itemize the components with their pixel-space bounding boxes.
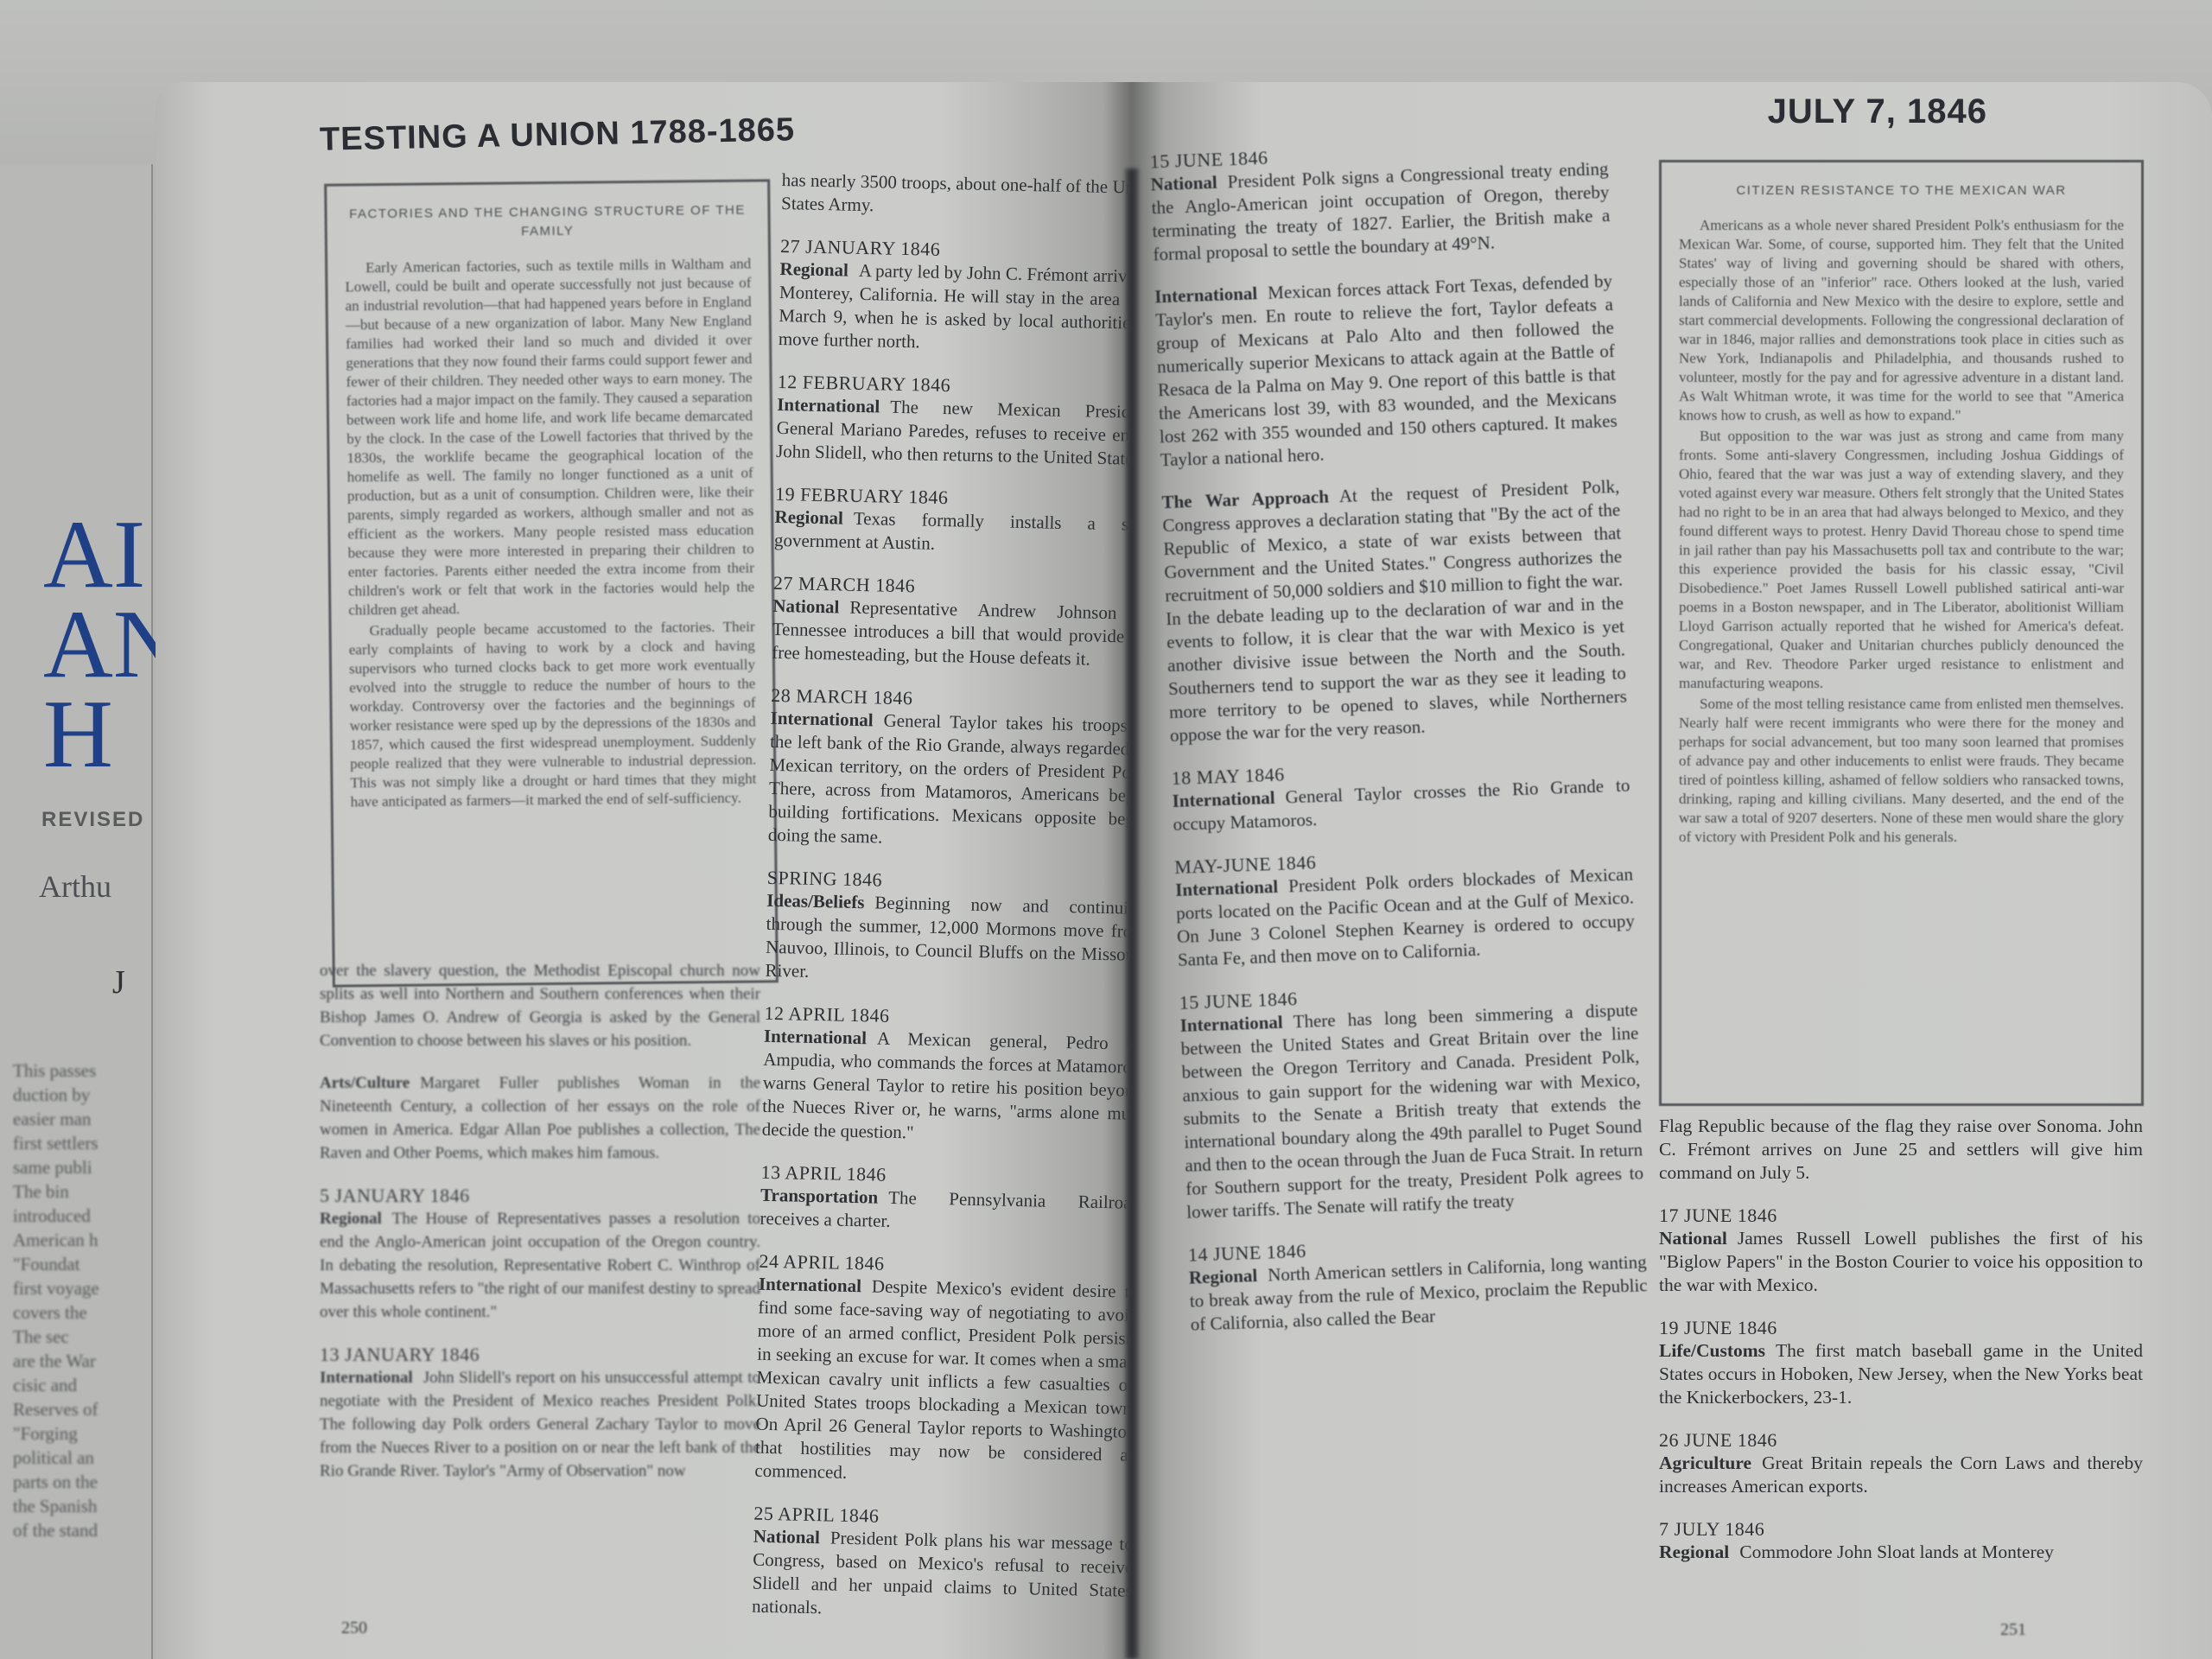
excerpt-line: American h bbox=[13, 1228, 138, 1252]
chronology-entry: SPRING 1846Ideas/BeliefsBeginning now an… bbox=[765, 866, 1132, 990]
running-head-left: TESTING A UNION 1788-1865 bbox=[320, 111, 796, 159]
excerpt-line: duction by bbox=[13, 1083, 138, 1107]
entry-text: over the slavery question, the Methodist… bbox=[320, 962, 760, 1050]
chronology-entry: InternationalMexican forces attack Fort … bbox=[1154, 270, 1618, 472]
entry-category: Arts/Culture bbox=[320, 1074, 410, 1092]
excerpt-line: political an bbox=[13, 1446, 138, 1470]
chronology-entry: 19 JUNE 1846Life/CustomsThe first match … bbox=[1659, 1316, 2143, 1409]
running-head-right: JULY 7, 1846 bbox=[1768, 92, 1987, 131]
entry-date: 26 JUNE 1846 bbox=[1659, 1428, 2143, 1452]
chronology-entry: 17 JUNE 1846NationalJames Russell Lowell… bbox=[1659, 1204, 2143, 1297]
excerpt-line: introduced bbox=[13, 1204, 138, 1228]
entry-category: Regional bbox=[320, 1210, 382, 1228]
entry-text: Despite Mexico's evident desire to find … bbox=[754, 1275, 1132, 1482]
excerpt-line: the Spanish bbox=[13, 1494, 138, 1518]
entry-category: National bbox=[1150, 172, 1217, 195]
entry-category: International bbox=[1172, 787, 1275, 811]
sidebar-box-resistance: CITIZEN RESISTANCE TO THE MEXICAN WAR Am… bbox=[1659, 160, 2144, 1106]
excerpt-line: This passes bbox=[13, 1058, 138, 1083]
entry-category: Transportation bbox=[760, 1185, 879, 1208]
excerpt-line: same publi bbox=[13, 1155, 138, 1179]
entry-body: InternationalDespite Mexico's evident de… bbox=[754, 1273, 1132, 1491]
right-page: JULY 7, 1846 15 JUNE 1846NationalPreside… bbox=[1132, 82, 2212, 1659]
excerpt-line: The bin bbox=[13, 1179, 138, 1204]
entry-body: InternationalA Mexican general, Pedro de… bbox=[761, 1025, 1132, 1149]
entry-category: Regional bbox=[774, 506, 843, 529]
entry-date: 19 JUNE 1846 bbox=[1659, 1316, 2143, 1339]
entry-category: International bbox=[1154, 283, 1258, 307]
entry-body: NationalJames Russell Lowell publishes t… bbox=[1659, 1227, 2143, 1297]
excerpt-line: Reserves of bbox=[13, 1397, 138, 1421]
entry-category: Ideas/Beliefs bbox=[766, 890, 865, 912]
entry-text: Commodore John Sloat lands at Monterey bbox=[1739, 1541, 2054, 1562]
entry-text: Flag Republic because of the flag they r… bbox=[1659, 1116, 2143, 1183]
background-book-initial: J bbox=[112, 963, 125, 1001]
entry-body: RegionalCommodore John Sloat lands at Mo… bbox=[1659, 1541, 2143, 1564]
entry-body: The War ApproachAt the request of Presid… bbox=[1161, 475, 1628, 747]
entry-body: NationalPresident Polk plans his war mes… bbox=[752, 1525, 1132, 1626]
excerpt-line: "Forging bbox=[13, 1421, 138, 1446]
entry-category: National bbox=[753, 1526, 821, 1548]
entry-category: National bbox=[772, 595, 840, 618]
chronology-entry: The War ApproachAt the request of Presid… bbox=[1161, 475, 1628, 747]
entry-category: Regional bbox=[779, 258, 849, 281]
sidebar-paragraph: Gradually people became accustomed to th… bbox=[348, 618, 756, 812]
chronology-entry: 18 MAY 1846InternationalGeneral Taylor c… bbox=[1171, 751, 1631, 836]
entry-text: has nearly 3500 troops, about one-half o… bbox=[781, 169, 1132, 215]
book-spine-gutter bbox=[1125, 168, 1139, 1659]
sidebar-paragraph: Americans as a whole never shared Presid… bbox=[1679, 216, 2124, 425]
right-column-2: Flag Republic because of the flag they r… bbox=[1659, 1115, 2143, 1583]
entry-body: NationalRepresentative Andrew Johnson of… bbox=[772, 594, 1132, 672]
entry-body: InternationalPresident Polk orders block… bbox=[1175, 862, 1636, 971]
chronology-entry: 13 JANUARY 1846InternationalJohn Slidell… bbox=[320, 1343, 760, 1483]
entry-body: RegionalA party led by John C. Frémont a… bbox=[779, 257, 1132, 359]
entry-date: 5 JANUARY 1846 bbox=[320, 1184, 760, 1207]
sidebar-paragraph: Early American factories, such as textil… bbox=[345, 255, 754, 620]
excerpt-line: parts on the bbox=[13, 1470, 138, 1494]
entry-category: Regional bbox=[1188, 1265, 1257, 1288]
sidebar-title: CITIZEN RESISTANCE TO THE MEXICAN WAR bbox=[1679, 181, 2124, 200]
excerpt-line: first voyage bbox=[13, 1276, 138, 1300]
entry-body: AgricultureGreat Britain repeals the Cor… bbox=[1659, 1452, 2143, 1498]
entry-body: InternationalMexican forces attack Fort … bbox=[1154, 270, 1618, 472]
entry-category: National bbox=[1659, 1228, 1727, 1249]
chronology-entry: has nearly 3500 troops, about one-half o… bbox=[781, 168, 1132, 223]
page-number-left: 250 bbox=[341, 1618, 367, 1638]
excerpt-line: of the stand bbox=[13, 1518, 138, 1542]
entry-category: The War Approach bbox=[1161, 486, 1329, 513]
sidebar-paragraph: Some of the most telling resistance came… bbox=[1679, 695, 2124, 847]
chronology-entry: MAY-JUNE 1846InternationalPresident Polk… bbox=[1174, 840, 1636, 972]
entry-category: International bbox=[320, 1369, 413, 1387]
entry-date: 17 JUNE 1846 bbox=[1659, 1204, 2143, 1227]
chronology-entry: 27 MARCH 1846NationalRepresentative Andr… bbox=[772, 571, 1132, 672]
entry-date: 7 JULY 1846 bbox=[1659, 1517, 2143, 1541]
entry-body: RegionalThe House of Representatives pas… bbox=[320, 1207, 760, 1324]
entry-body: Ideas/BeliefsBeginning now and continuin… bbox=[765, 889, 1132, 990]
entry-category: International bbox=[1179, 1012, 1283, 1036]
chronology-entry: 12 APRIL 1846InternationalA Mexican gene… bbox=[761, 1001, 1132, 1149]
entry-body: RegionalTexas formally installs a state … bbox=[774, 505, 1132, 560]
sidebar-title: FACTORIES AND THE CHANGING STRUCTURE OF … bbox=[344, 201, 750, 244]
excerpt-line: covers the bbox=[13, 1300, 138, 1325]
chronology-entry: 14 JUNE 1846RegionalNorth American settl… bbox=[1188, 1227, 1649, 1336]
entry-text: General Taylor takes his troops to the l… bbox=[768, 710, 1132, 848]
excerpt-line: are the War bbox=[13, 1349, 138, 1373]
left-page: TESTING A UNION 1788-1865 FACTORIES AND … bbox=[156, 82, 1132, 1659]
entry-body: RegionalNorth American settlers in Calif… bbox=[1188, 1250, 1649, 1336]
entry-category: Life/Customs bbox=[1659, 1340, 1765, 1361]
excerpt-line: The sec bbox=[13, 1325, 138, 1349]
entry-category: International bbox=[1175, 876, 1279, 900]
chronology-entry: 28 MARCH 1846InternationalGeneral Taylor… bbox=[768, 683, 1132, 855]
chronology-entry: 13 APRIL 1846TransportationThe Pennsylva… bbox=[760, 1160, 1132, 1238]
chronology-entry: 24 APRIL 1846InternationalDespite Mexico… bbox=[754, 1249, 1132, 1491]
entry-body: Life/CustomsThe first match baseball gam… bbox=[1659, 1339, 2143, 1409]
chronology-entry: 7 JULY 1846RegionalCommodore John Sloat … bbox=[1659, 1517, 2143, 1564]
entry-body: InternationalThere has long been simmeri… bbox=[1179, 998, 1644, 1224]
chronology-entry: Arts/CultureMargaret Fuller publishes Wo… bbox=[320, 1071, 760, 1165]
chronology-entry: Flag Republic because of the flag they r… bbox=[1659, 1115, 2143, 1185]
sidebar-paragraph: But opposition to the war was just as st… bbox=[1679, 427, 2124, 693]
entry-category: International bbox=[777, 394, 880, 416]
chronology-entry: 15 JUNE 1846InternationalThere has long … bbox=[1179, 975, 1644, 1224]
chronology-entry: 12 FEBRUARY 1846InternationalThe new Mex… bbox=[776, 370, 1132, 471]
entry-text: James Russell Lowell publishes the first… bbox=[1659, 1228, 2143, 1295]
entry-body: InternationalJohn Slidell's report on hi… bbox=[320, 1366, 760, 1483]
entry-body: TransportationThe Pennsylvania Railroad … bbox=[760, 1184, 1132, 1238]
entry-category: Regional bbox=[1659, 1541, 1729, 1562]
entry-text: President Polk signs a Congressional tre… bbox=[1151, 158, 1610, 264]
entry-body: Arts/CultureMargaret Fuller publishes Wo… bbox=[320, 1071, 760, 1165]
open-book: TESTING A UNION 1788-1865 FACTORIES AND … bbox=[138, 82, 2212, 1659]
chronology-entry: 5 JANUARY 1846RegionalThe House of Repre… bbox=[320, 1184, 760, 1324]
background-book-excerpt: This passesduction byeasier manfirst set… bbox=[13, 1058, 138, 1542]
entry-body: InternationalGeneral Taylor takes his tr… bbox=[768, 707, 1132, 855]
left-column-2: has nearly 3500 troops, about one-half o… bbox=[751, 168, 1132, 1645]
entry-body: Flag Republic because of the flag they r… bbox=[1659, 1115, 2143, 1185]
chronology-entry: over the slavery question, the Methodist… bbox=[320, 959, 760, 1052]
background-book-subtitle: REVISED bbox=[41, 808, 144, 832]
entry-category: International bbox=[759, 1274, 861, 1296]
entry-body: NationalPresident Polk signs a Congressi… bbox=[1150, 157, 1611, 266]
right-column-1: 15 JUNE 1846NationalPresident Polk signs… bbox=[1149, 134, 1649, 1356]
background-book-author: Arthu bbox=[39, 868, 111, 905]
background-book-cover: AI AN H REVISED Arthu J This passesducti… bbox=[0, 164, 153, 1659]
excerpt-line: first settlers bbox=[13, 1131, 138, 1155]
entry-category: International bbox=[770, 708, 873, 730]
chronology-entry: 15 JUNE 1846NationalPresident Polk signs… bbox=[1149, 134, 1611, 266]
chronology-entry: 26 JUNE 1846AgricultureGreat Britain rep… bbox=[1659, 1428, 2143, 1498]
entry-text: At the request of President Polk, Congre… bbox=[1162, 476, 1627, 746]
left-column-1: over the slavery question, the Methodist… bbox=[320, 959, 760, 1502]
entry-date: 13 JANUARY 1846 bbox=[320, 1343, 760, 1366]
entry-category: International bbox=[764, 1026, 867, 1048]
entry-category: Agriculture bbox=[1659, 1452, 1751, 1473]
entry-body: over the slavery question, the Methodist… bbox=[320, 959, 760, 1052]
entry-text: The House of Representatives passes a re… bbox=[320, 1210, 760, 1321]
entry-text: North American settlers in California, l… bbox=[1189, 1251, 1648, 1334]
chronology-entry: 25 APRIL 1846NationalPresident Polk plan… bbox=[752, 1502, 1132, 1626]
excerpt-line: "Foundat bbox=[13, 1252, 138, 1276]
excerpt-line: easier man bbox=[13, 1107, 138, 1131]
page-number-right: 251 bbox=[2000, 1620, 2026, 1640]
sidebar-box-factories: FACTORIES AND THE CHANGING STRUCTURE OF … bbox=[324, 179, 779, 987]
entry-body: InternationalThe new Mexican President, … bbox=[776, 393, 1132, 471]
chronology-entry: 19 FEBRUARY 1846RegionalTexas formally i… bbox=[774, 482, 1132, 560]
excerpt-line: cisic and bbox=[13, 1373, 138, 1397]
chronology-entry: 27 JANUARY 1846RegionalA party led by Jo… bbox=[779, 234, 1132, 359]
entry-body: has nearly 3500 troops, about one-half o… bbox=[781, 168, 1132, 223]
